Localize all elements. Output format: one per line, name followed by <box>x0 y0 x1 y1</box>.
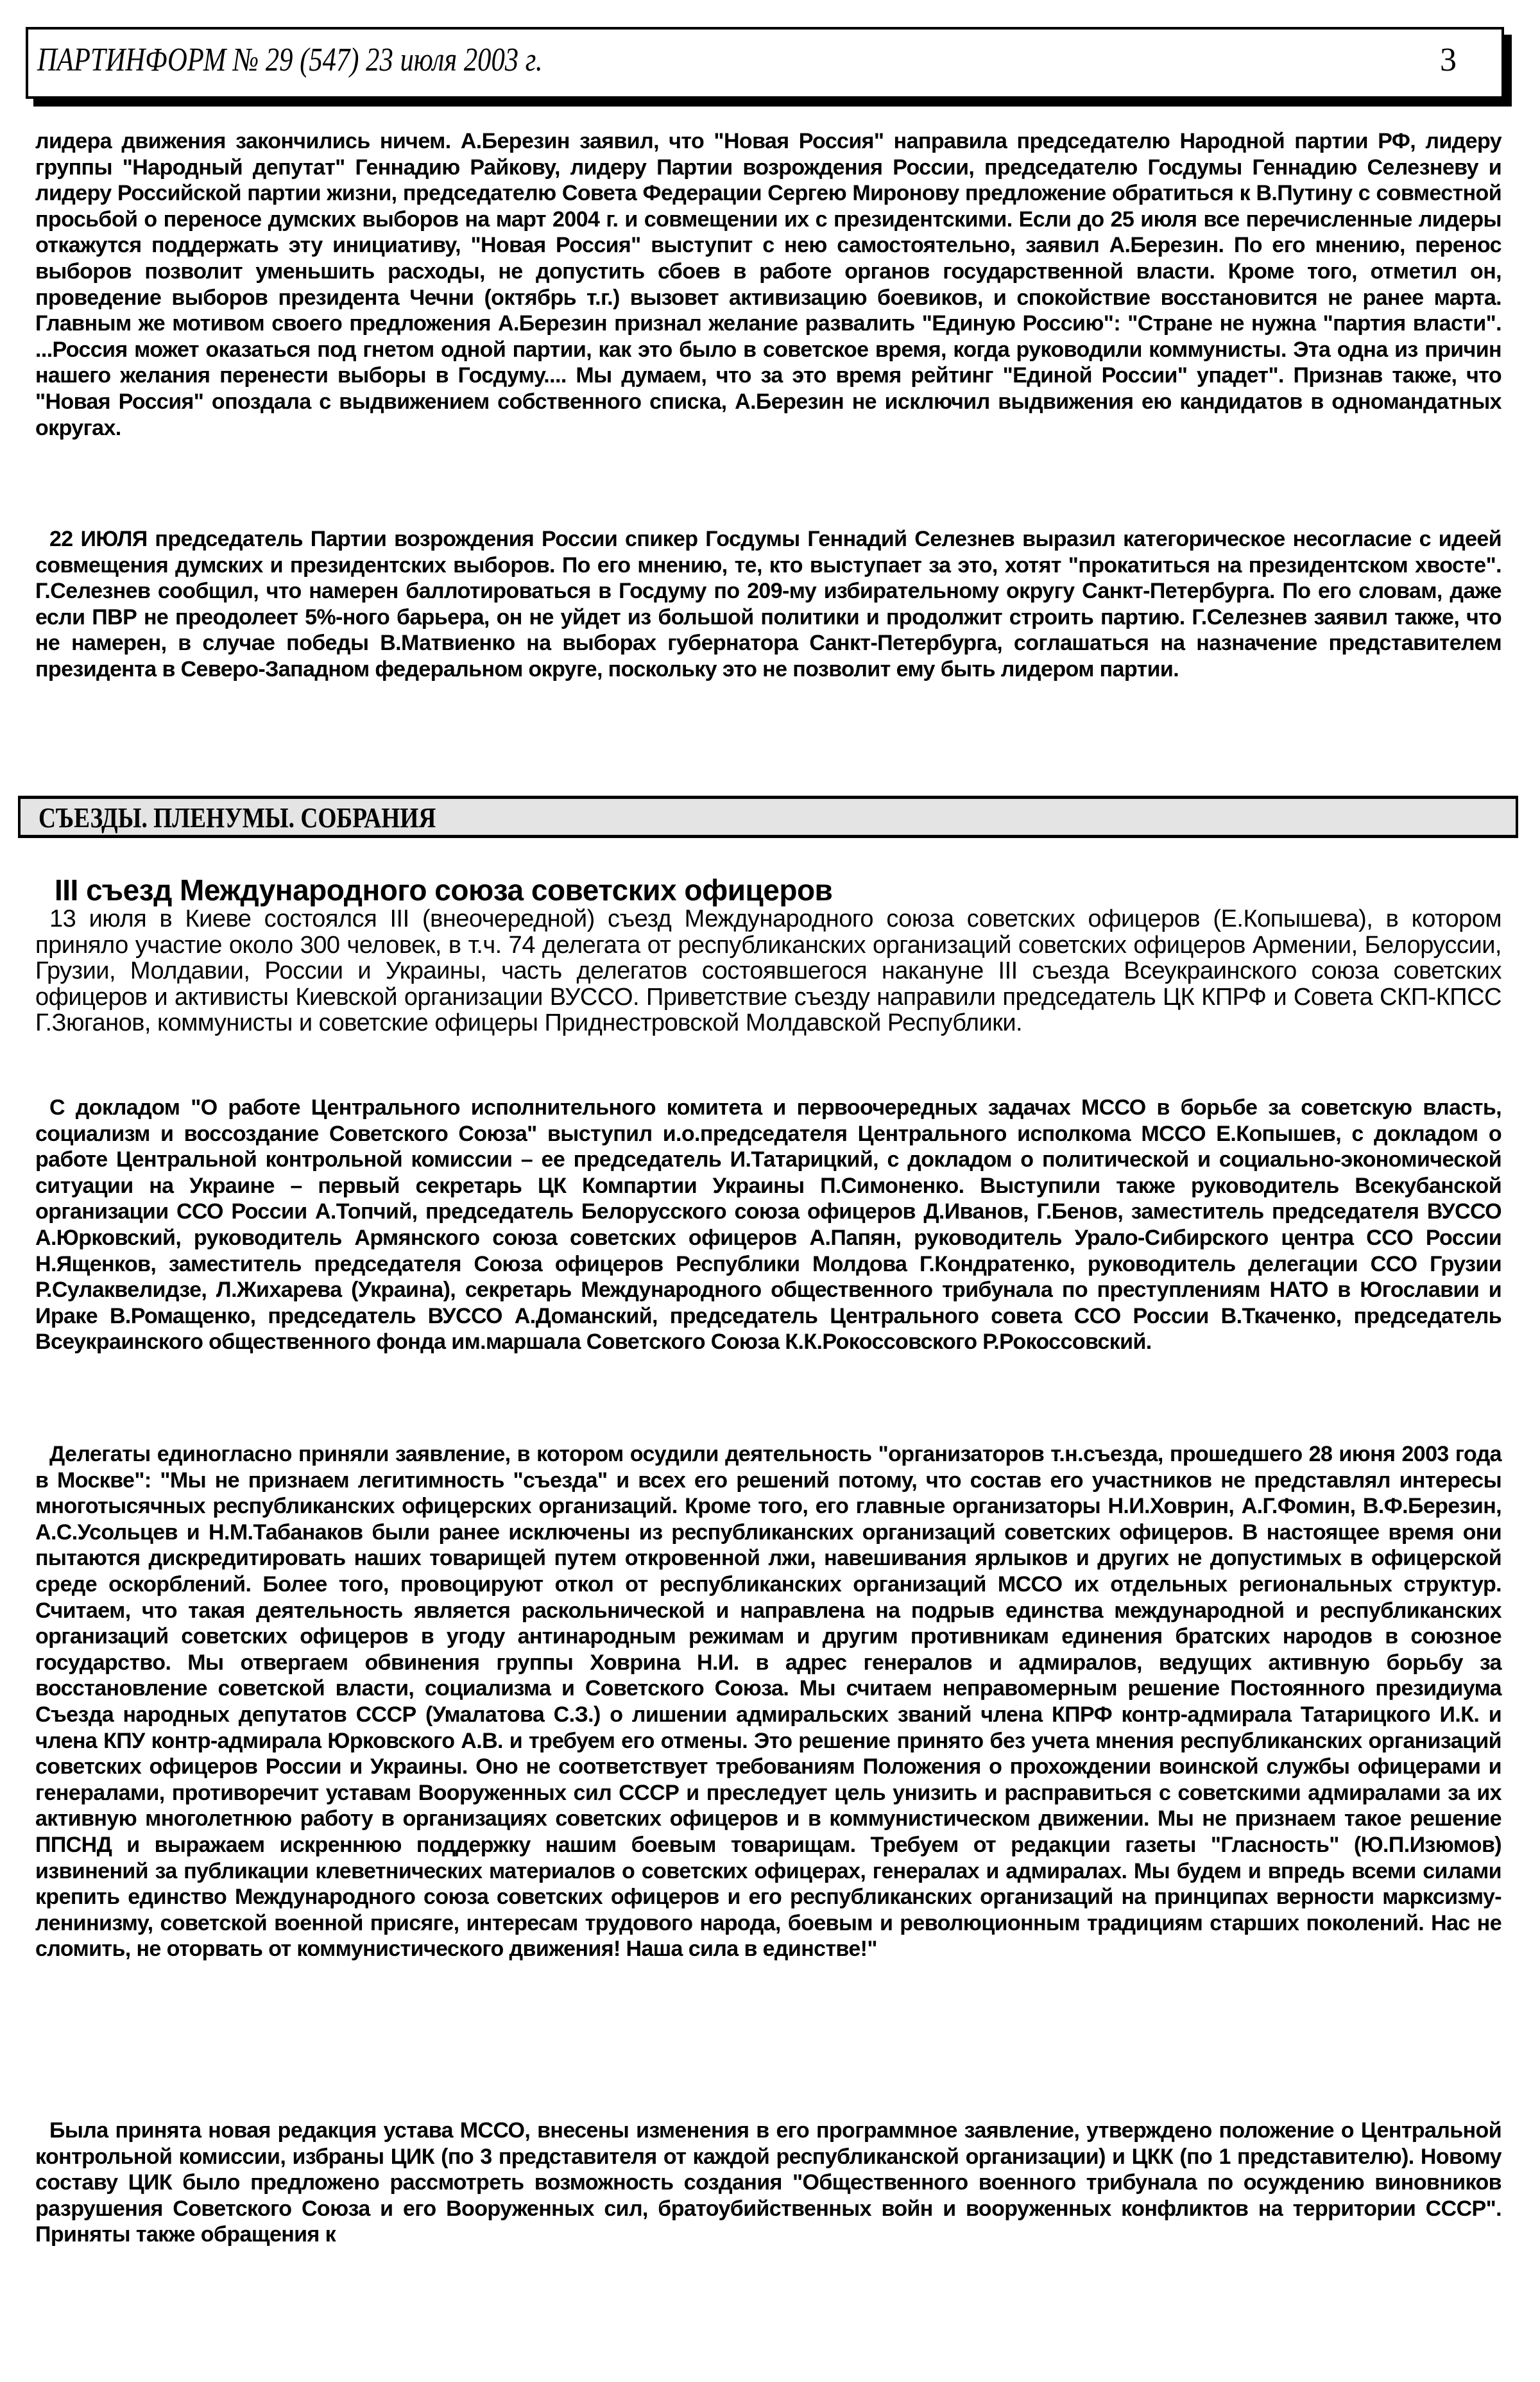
section-title: СЪЕЗДЫ. ПЛЕНУМЫ. СОБРАНИЯ <box>38 801 436 834</box>
article-paragraph-3: Была принята новая редакция устава МССО,… <box>35 2118 1502 2248</box>
intro-paragraph-2: 22 ИЮЛЯ председатель Партии возрождения … <box>35 526 1502 683</box>
section-header: СЪЕЗДЫ. ПЛЕНУМЫ. СОБРАНИЯ <box>18 796 1518 838</box>
article-paragraph-2: Делегаты единогласно приняли заявление, … <box>35 1441 1502 1962</box>
article-title: III съезд Международного союза советских… <box>55 873 832 907</box>
page-number: 3 <box>1440 41 1457 79</box>
publication-title: ПАРТИНФОРМ № 29 (547) 23 июля 2003 г. <box>37 41 543 79</box>
page-header: ПАРТИНФОРМ № 29 (547) 23 июля 2003 г. 3 <box>26 27 1504 99</box>
article-lead: 13 июля в Киеве состоялся III (внеочеред… <box>35 906 1502 1036</box>
article-paragraph-1: С докладом "О работе Центрального исполн… <box>35 1095 1502 1355</box>
intro-paragraph-1: лидера движения закончились ничем. А.Бер… <box>35 128 1502 441</box>
